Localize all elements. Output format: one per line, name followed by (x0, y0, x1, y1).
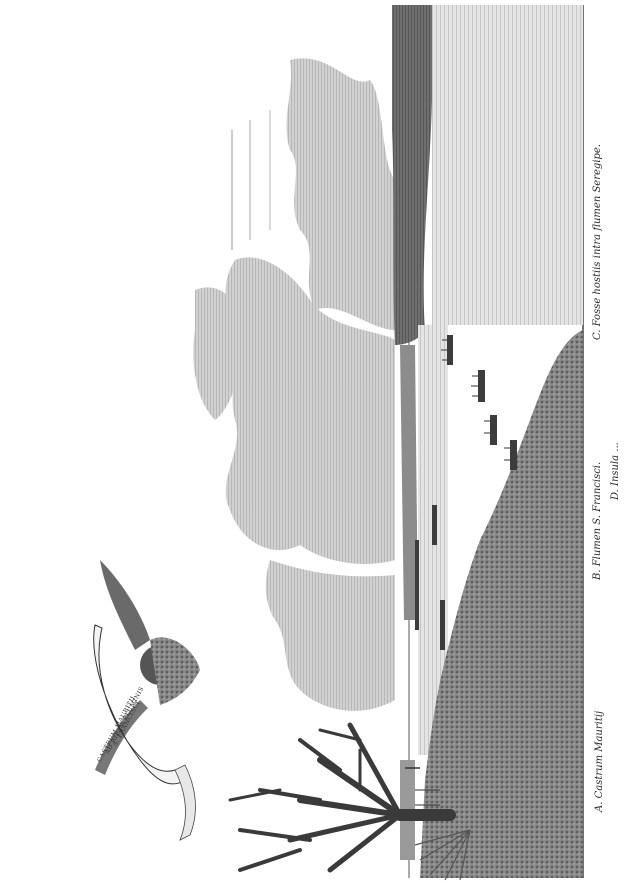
river-water (432, 5, 583, 325)
ship (504, 440, 517, 470)
caption-a: A. Castrum Mauritij (594, 711, 605, 812)
ship (471, 370, 485, 402)
clouds (193, 58, 395, 711)
ship (432, 505, 437, 545)
ship (441, 335, 453, 365)
caption-d: D. Insula ... (610, 442, 621, 500)
caption-c: C. Fosse hostiis intra flumen Seregipe. (592, 144, 603, 340)
caption-b: B. Flumen S. Francisci. (592, 462, 603, 580)
ship (440, 600, 445, 650)
ship (484, 415, 497, 445)
ship (415, 540, 419, 630)
foreground-tree (230, 725, 450, 870)
